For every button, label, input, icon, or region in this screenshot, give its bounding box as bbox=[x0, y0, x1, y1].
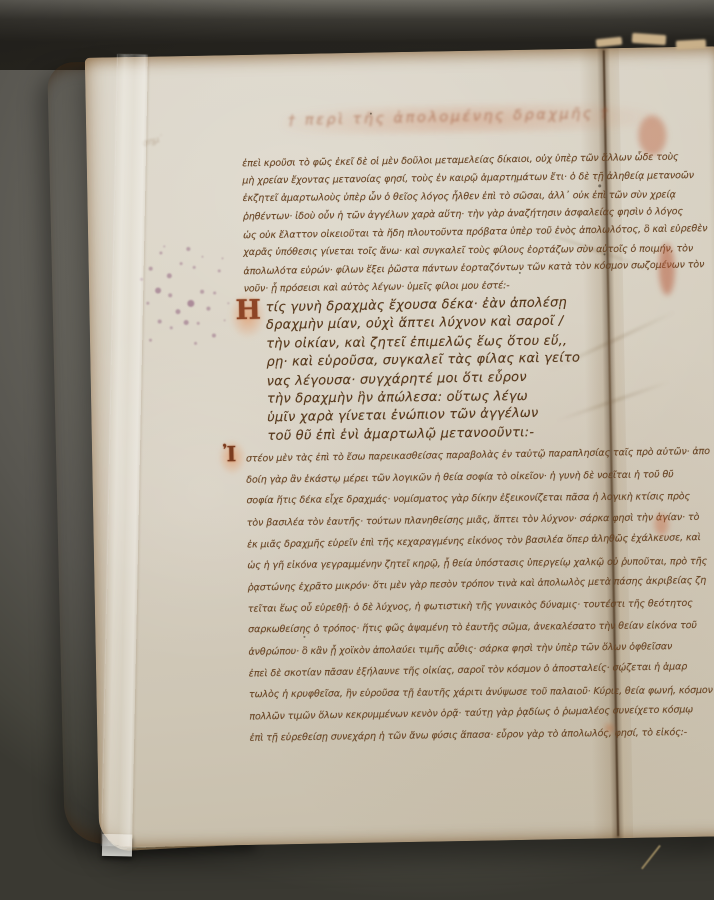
lemma-initial: Η bbox=[235, 295, 261, 326]
mold-stain bbox=[206, 307, 210, 311]
ink-speck bbox=[603, 253, 605, 255]
ink-speck bbox=[598, 184, 601, 187]
manuscript-photo: † περὶ τῆς ἀπολομένης δραχμῆς † σημ᾽ ἐπε… bbox=[0, 0, 714, 900]
ink-speck bbox=[303, 636, 305, 638]
text-line: τὴν οἰκίαν, καὶ ζητεῖ ἐπιμελῶς ἕως ὅτου … bbox=[266, 332, 580, 354]
mold-stain bbox=[146, 302, 149, 305]
mold-stain bbox=[200, 290, 204, 294]
red-smudge bbox=[654, 513, 668, 535]
interleaf-strip-end bbox=[102, 834, 132, 857]
mold-stain bbox=[218, 269, 221, 272]
mold-stain bbox=[170, 326, 173, 329]
mold-stain bbox=[213, 291, 216, 294]
mold-stain bbox=[186, 247, 190, 251]
upper-commentary-block: ἐπεὶ κροῦσι τὸ φῶς ἐκεῖ δὲ οἱ μὲν δοῦλοι… bbox=[242, 149, 708, 299]
loose-thread bbox=[641, 845, 661, 870]
mold-stain bbox=[187, 300, 194, 307]
mold-stain bbox=[221, 257, 223, 259]
text-line: σαρκωθείσης ὁ τρόπος· ἥτις φῶς ἁψαμένη τ… bbox=[248, 615, 712, 641]
mold-stain bbox=[201, 256, 203, 258]
red-smudge bbox=[638, 115, 667, 156]
mold-stain bbox=[193, 266, 196, 269]
mold-stain bbox=[224, 319, 226, 321]
mold-stain bbox=[184, 320, 189, 325]
mold-stain bbox=[194, 342, 197, 345]
gospel-lemma-block: τίς γυνὴ δραχμὰς ἔχουσα δέκα· ἐὰν ἀπολέσ… bbox=[266, 295, 582, 447]
mold-stain bbox=[197, 322, 200, 325]
lower-commentary-initial: Ἰ bbox=[223, 441, 237, 466]
ink-speck bbox=[519, 272, 521, 274]
ink-speck bbox=[592, 537, 594, 539]
mold-stain bbox=[158, 319, 162, 323]
mold-stain bbox=[163, 245, 165, 247]
ink-speck bbox=[370, 113, 372, 115]
mold-stain bbox=[149, 339, 152, 342]
parchment-page: † περὶ τῆς ἀπολομένης δραχμῆς † σημ᾽ ἐπε… bbox=[85, 46, 714, 847]
mold-stain bbox=[212, 333, 216, 337]
mold-stain bbox=[159, 251, 162, 254]
lower-commentary-block: στέον μὲν τὰς ἐπὶ τὸ ἔσω παρεικασθείσας … bbox=[246, 442, 714, 749]
mold-stain bbox=[167, 273, 172, 278]
mold-stain bbox=[175, 309, 180, 314]
mold-stain bbox=[180, 262, 183, 265]
mold-stain bbox=[227, 302, 229, 304]
mold-stain bbox=[168, 293, 172, 297]
mold-stain bbox=[155, 287, 161, 293]
headband-fray bbox=[676, 39, 706, 50]
text-line: σοφία ἥτις δέκα εἶχε δραχμάς· νομίσματος… bbox=[246, 486, 710, 512]
mold-stain bbox=[149, 267, 153, 271]
